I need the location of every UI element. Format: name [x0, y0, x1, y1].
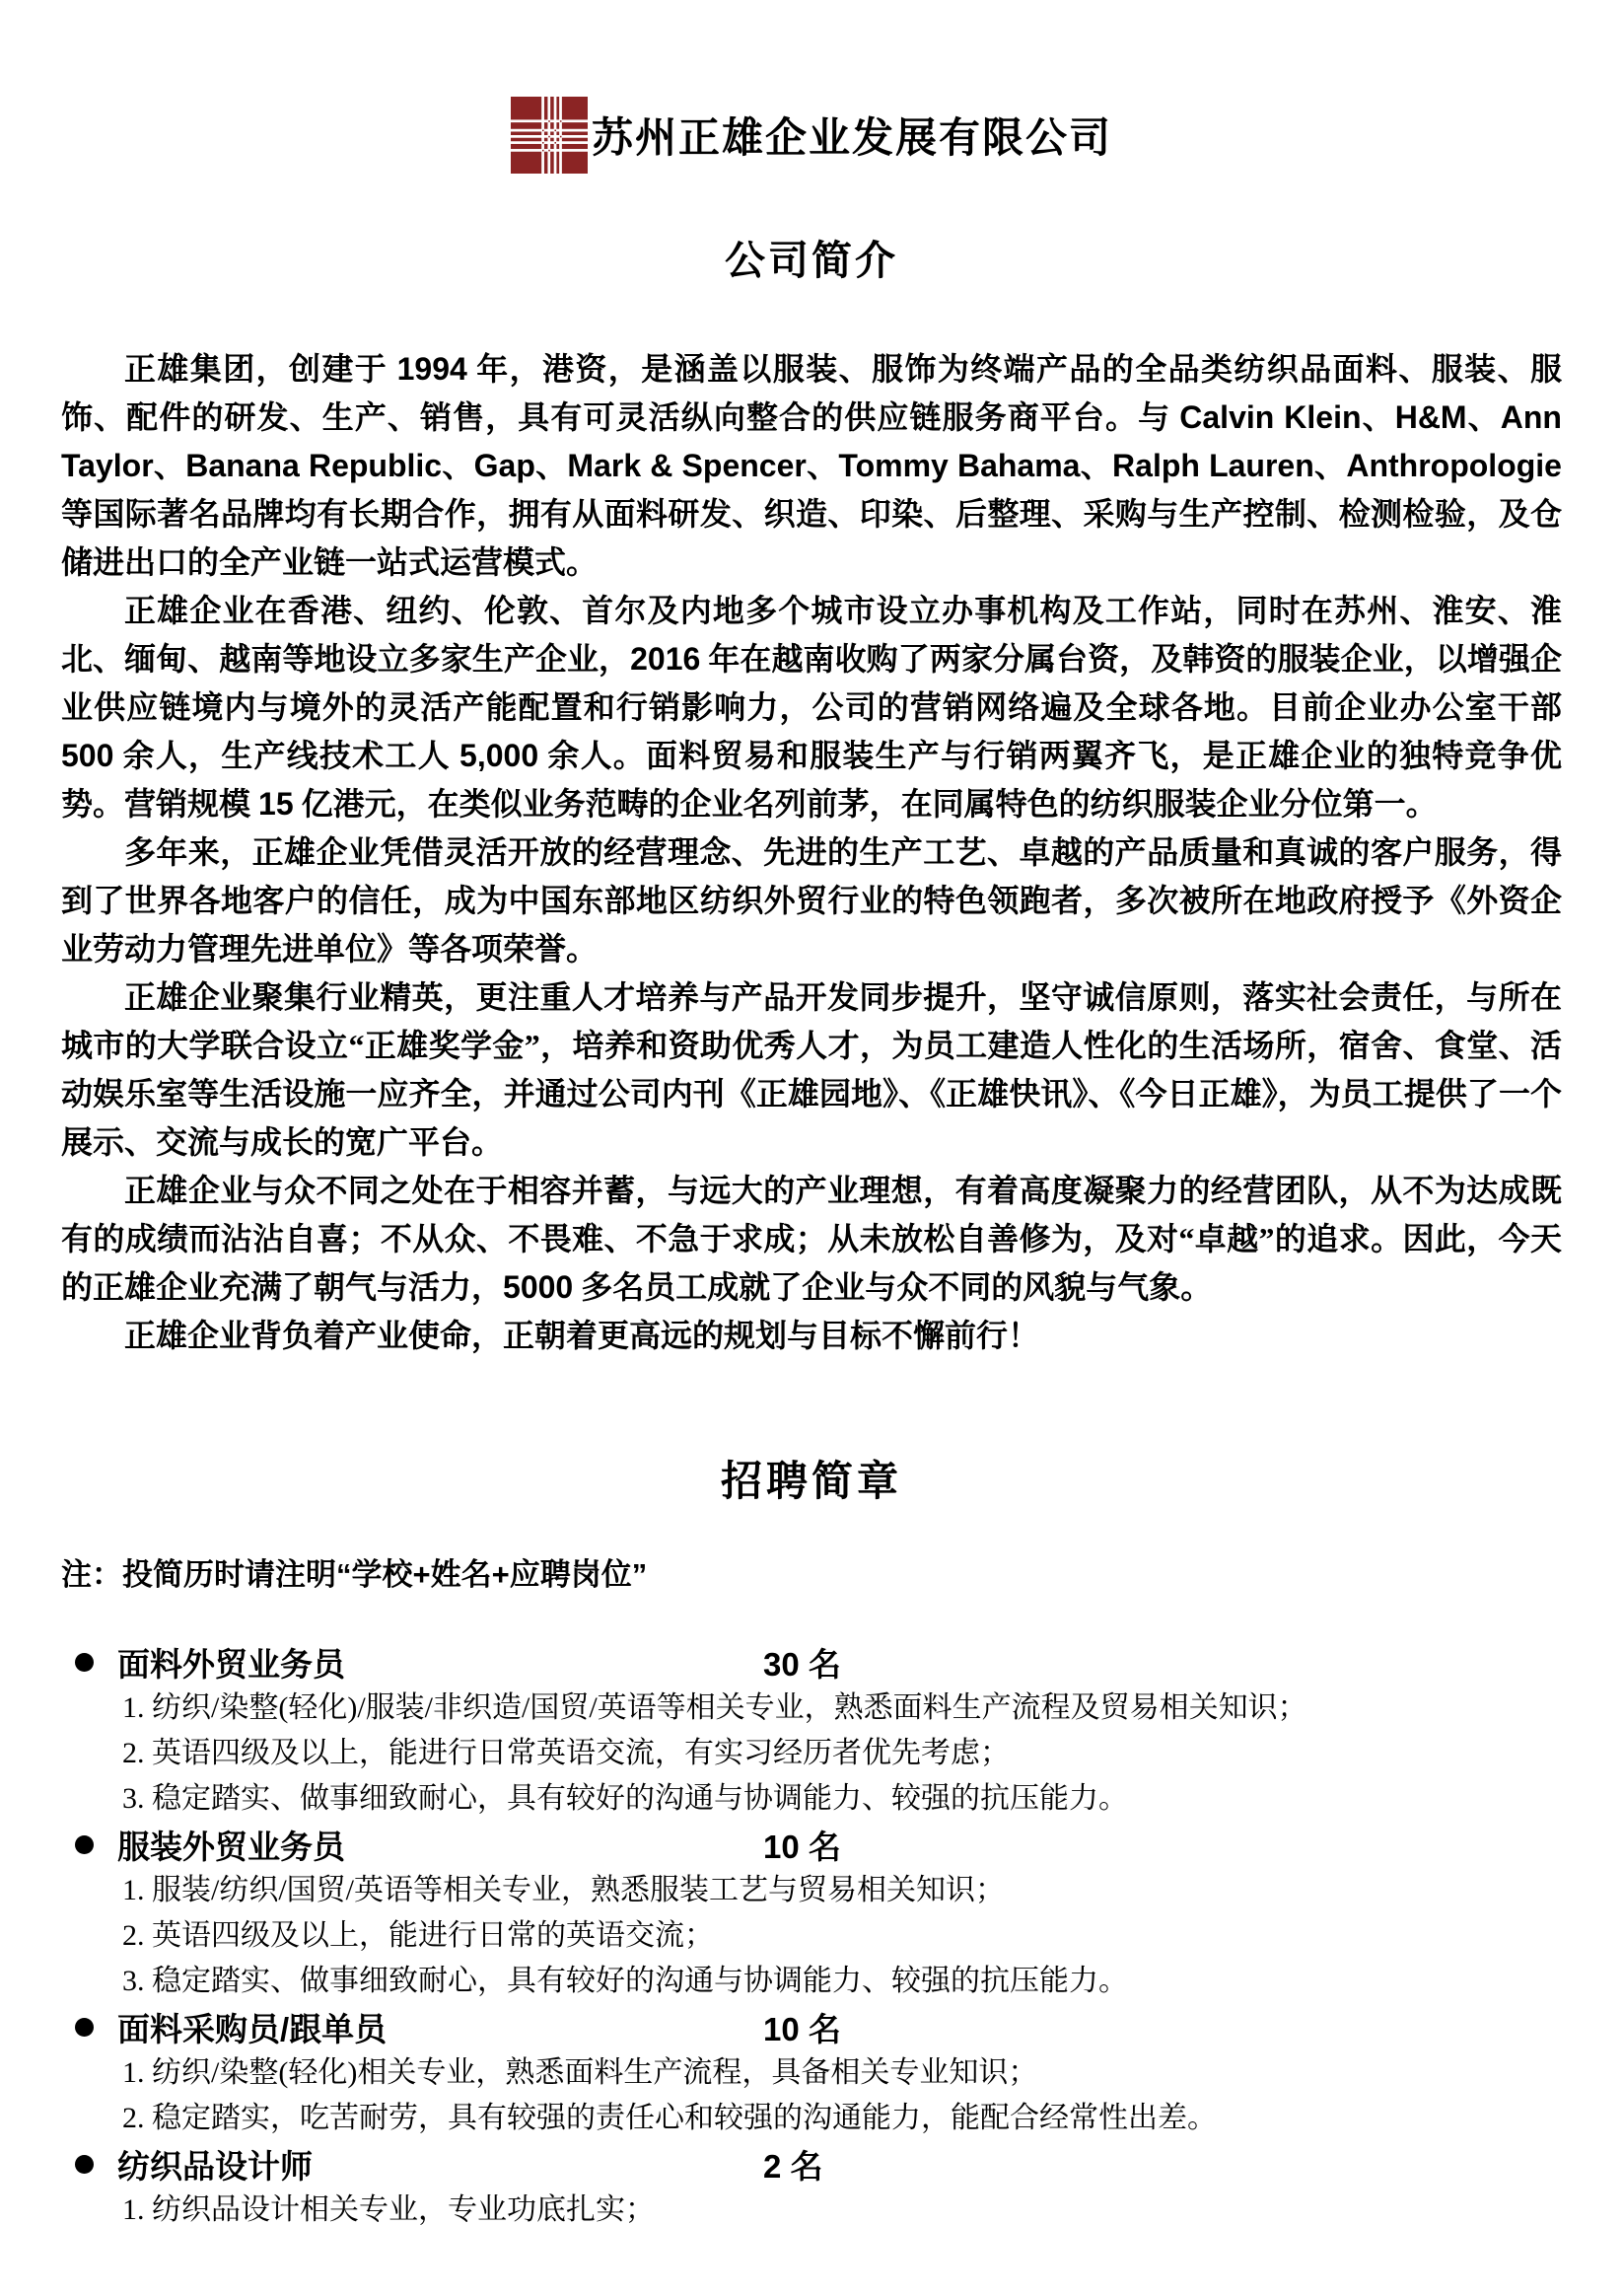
requirement-line: 2. 稳定踏实，吃苦耐劳，具有较强的责任心和较强的沟通能力，能配合经常性出差。 [61, 2096, 1562, 2141]
requirement-line: 1. 纺织品设计相关专业，专业功底扎实； [61, 2188, 1562, 2233]
position-count: 2 名 [763, 2141, 823, 2188]
position-list: 面料外贸业务员 30 名 1. 纺织/染整(轻化)/服装/非织造/国贸/英语等相… [61, 1639, 1562, 2233]
intro-paragraph-1: 正雄集团，创建于 1994 年，港资，是涵盖以服装、服饰为终端产品的全品类纺织品… [61, 345, 1562, 587]
company-header: 苏州正雄企业发展有限公司 [61, 94, 1562, 177]
position-title: 服装外贸业务员 [117, 1822, 763, 1868]
requirement-line: 1. 纺织/染整(轻化)相关专业，熟悉面料生产流程，具备相关专业知识； [61, 2050, 1562, 2096]
intro-paragraph-5: 正雄企业与众不同之处在于相容并蓄，与远大的产业理想，有着高度凝聚力的经营团队，从… [61, 1167, 1562, 1312]
position-title: 纺织品设计师 [117, 2141, 763, 2188]
document-page: 苏州正雄企业发展有限公司 公司简介 正雄集团，创建于 1994 年，港资，是涵盖… [0, 0, 1623, 2296]
company-weave-logo-icon [511, 97, 588, 174]
bullet-icon [75, 2018, 94, 2037]
bullet-icon [75, 1653, 94, 1672]
requirement-line: 3. 稳定踏实、做事细致耐心，具有较好的沟通与协调能力、较强的抗压能力。 [61, 1776, 1562, 1822]
requirement-line: 2. 英语四级及以上，能进行日常的英语交流； [61, 1913, 1562, 1959]
bullet-icon [75, 1835, 94, 1854]
company-intro-body: 正雄集团，创建于 1994 年，港资，是涵盖以服装、服饰为终端产品的全品类纺织品… [61, 345, 1562, 1360]
section-title-company-intro: 公司简介 [61, 228, 1562, 286]
position-row: 面料外贸业务员 30 名 [61, 1639, 1562, 1686]
requirement-line: 2. 英语四级及以上，能进行日常英语交流，有实习经历者优先考虑； [61, 1731, 1562, 1776]
position-row: 面料采购员/跟单员 10 名 [61, 2004, 1562, 2050]
intro-paragraph-6: 正雄企业背负着产业使命，正朝着更高远的规划与目标不懈前行！ [61, 1312, 1562, 1360]
requirement-line: 1. 服装/纺织/国贸/英语等相关专业，熟悉服装工艺与贸易相关知识； [61, 1868, 1562, 1913]
requirement-line: 1. 纺织/染整(轻化)/服装/非织造/国贸/英语等相关专业，熟悉面料生产流程及… [61, 1686, 1562, 1731]
bullet-icon [75, 2155, 94, 2174]
position-row: 纺织品设计师 2 名 [61, 2141, 1562, 2188]
position-count: 10 名 [763, 1822, 841, 1868]
section-title-recruitment: 招聘简章 [61, 1449, 1562, 1508]
position-title: 面料采购员/跟单员 [117, 2004, 763, 2050]
company-name: 苏州正雄企业发展有限公司 [592, 106, 1112, 165]
position-count: 10 名 [763, 2004, 841, 2050]
intro-paragraph-4: 正雄企业聚集行业精英，更注重人才培养与产品开发同步提升，坚守诚信原则，落实社会责… [61, 973, 1562, 1167]
position-count: 30 名 [763, 1639, 841, 1686]
intro-paragraph-2: 正雄企业在香港、纽约、伦敦、首尔及内地多个城市设立办事机构及工作站，同时在苏州、… [61, 587, 1562, 828]
intro-paragraph-3: 多年来，正雄企业凭借灵活开放的经营理念、先进的生产工艺、卓越的产品质量和真诚的客… [61, 828, 1562, 973]
position-row: 服装外贸业务员 10 名 [61, 1822, 1562, 1868]
requirement-line: 3. 稳定踏实、做事细致耐心，具有较好的沟通与协调能力、较强的抗压能力。 [61, 1959, 1562, 2004]
position-title: 面料外贸业务员 [117, 1639, 763, 1686]
recruitment-note: 注：投简历时请注明“学校+姓名+应聘岗位” [61, 1549, 1562, 1594]
